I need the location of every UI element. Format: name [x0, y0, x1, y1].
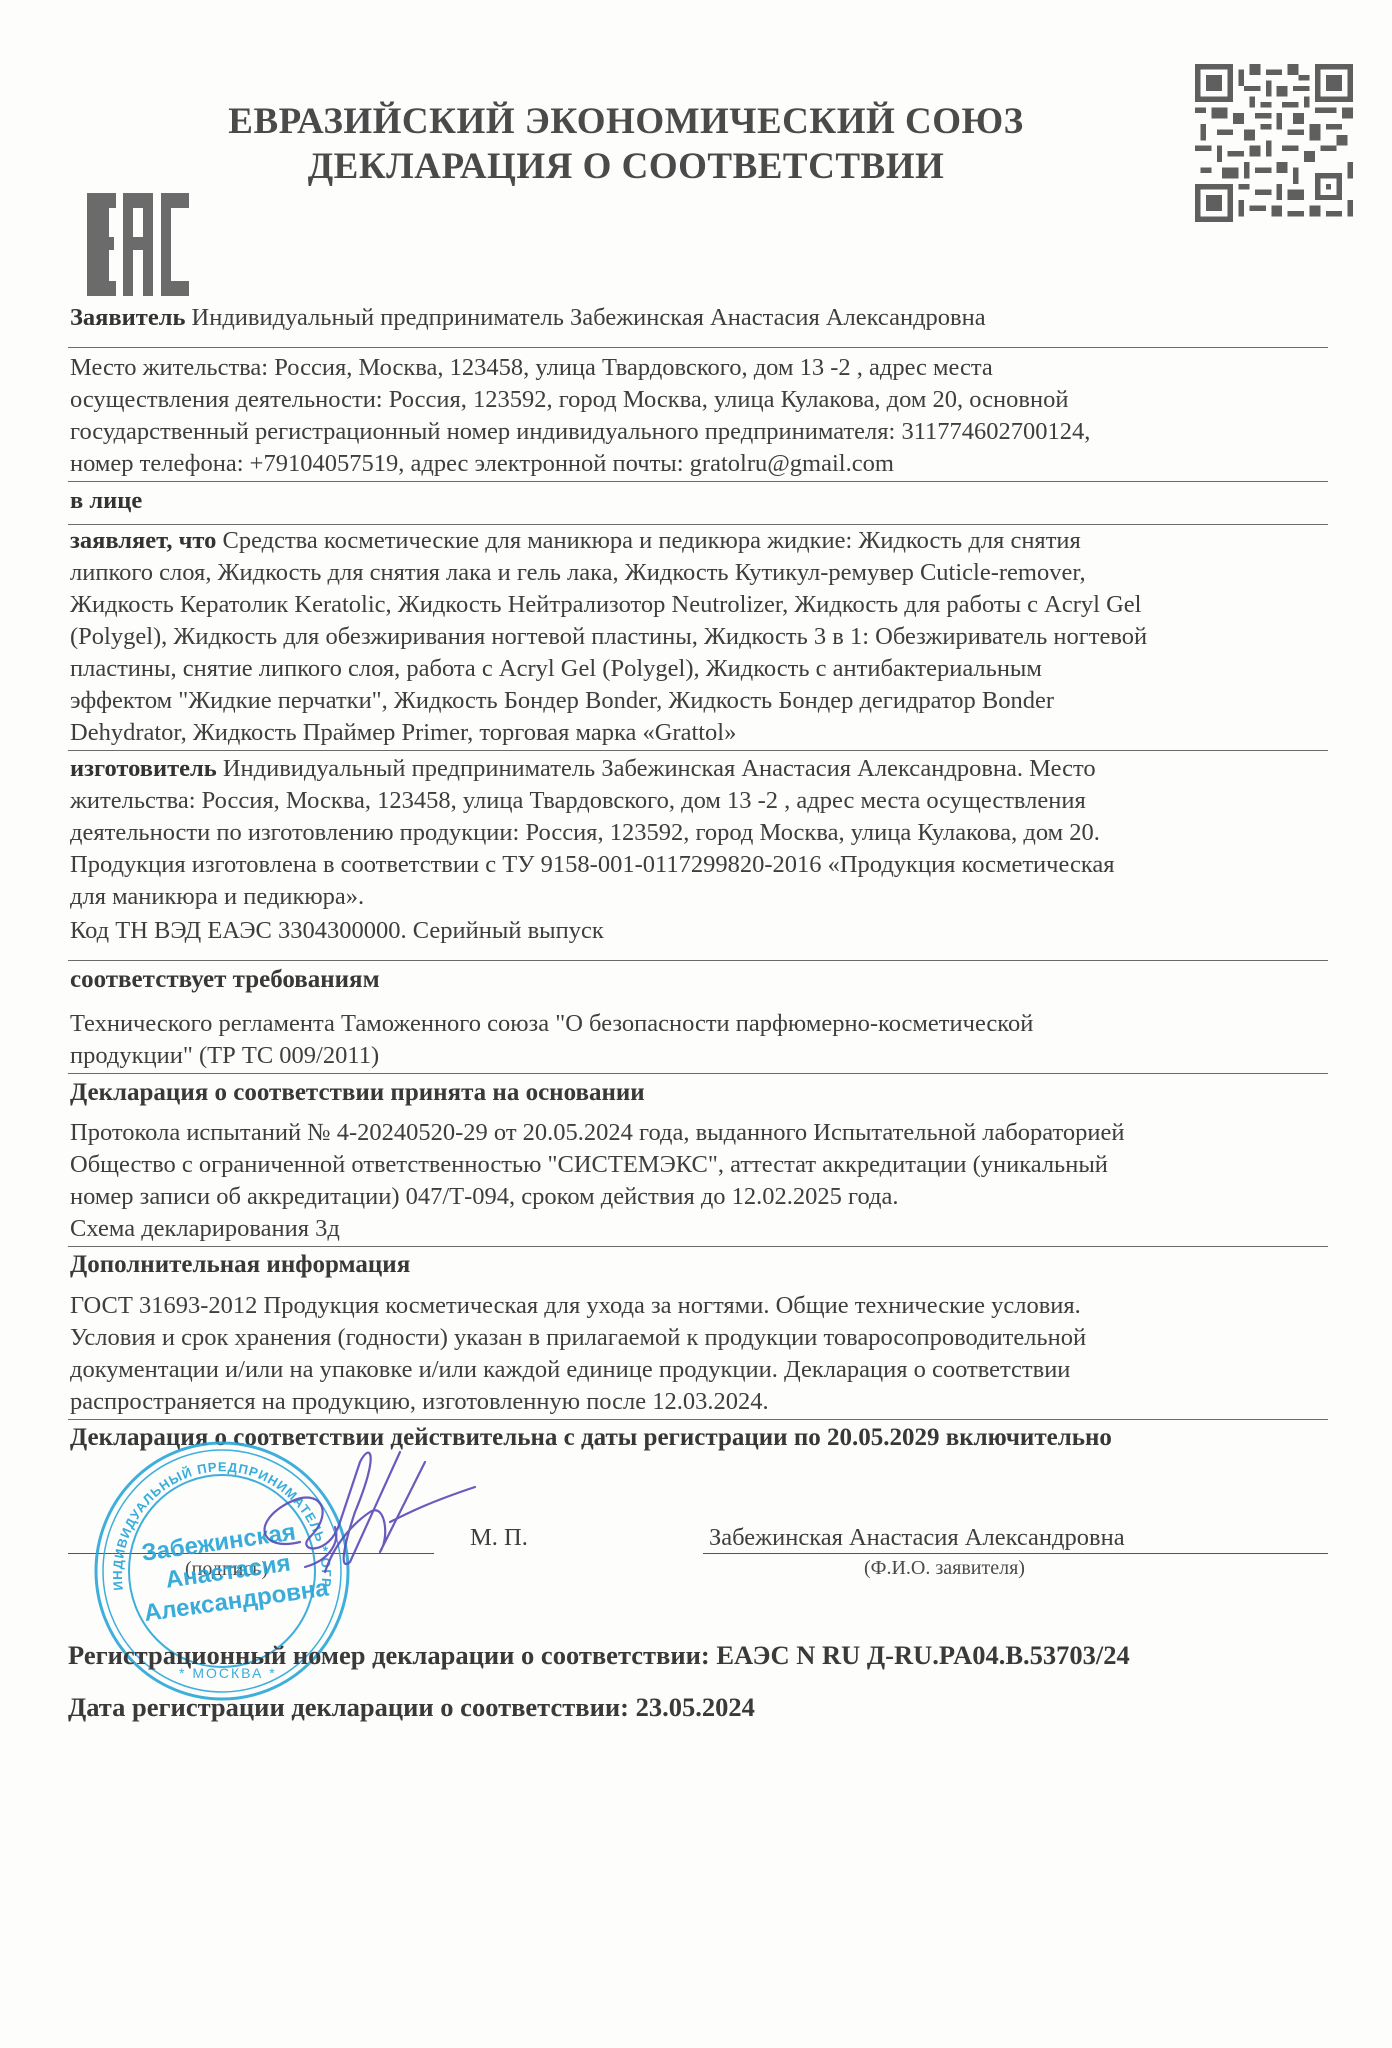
- eac-logo-icon: [87, 193, 189, 296]
- declares-row: заявляет, что Средства косметические для…: [70, 525, 1325, 557]
- divider: [68, 1246, 1328, 1247]
- basis-line: Протокола испытаний № 4-20240520-29 от 2…: [70, 1117, 1325, 1149]
- manufacturer-label: изготовитель: [70, 755, 217, 782]
- declaration-scheme: Схема декларирования 3д: [70, 1213, 1325, 1245]
- applicant-details-line: номер телефона: +79104057519, адрес элек…: [70, 448, 1325, 480]
- registration-number: Регистрационный номер декларации о соотв…: [68, 1640, 1130, 1671]
- declares-line: (Polygel), Жидкость для обезжиривания но…: [70, 621, 1325, 653]
- qr-code-icon[interactable]: [1195, 64, 1353, 222]
- applicant-printed-name: Забежинская Анастасия Александровна: [709, 1522, 1125, 1554]
- declares-label: заявляет, что: [70, 527, 216, 554]
- divider: [68, 481, 1328, 482]
- basis-line: Общество с ограниченной ответственностью…: [70, 1149, 1325, 1181]
- divider: [68, 750, 1328, 751]
- declares-line: Dehydrator, Жидкость Праймер Primer, тор…: [70, 717, 1325, 749]
- hs-code-line: Код ТН ВЭД ЕАЭС 3304300000. Серийный вып…: [70, 915, 1325, 947]
- conforms-line: Технического регламента Таможенного союз…: [70, 1008, 1325, 1040]
- divider: [68, 1419, 1328, 1420]
- declares-line: эффектом "Жидкие перчатки", Жидкость Бон…: [70, 685, 1325, 717]
- additional-line: документации и/или на упаковке и/или каж…: [70, 1354, 1325, 1386]
- basis-line: номер записи об аккредитации) 047/Т-094,…: [70, 1181, 1325, 1213]
- declares-text: Средства косметические для маникюра и пе…: [216, 527, 1080, 554]
- manufacturer-line: жительства: Россия, Москва, 123458, улиц…: [70, 785, 1325, 817]
- additional-label: Дополнительная информация: [70, 1249, 1325, 1281]
- title-union: ЕВРАЗИЙСКИЙ ЭКОНОМИЧЕСКИЙ СОЮЗ: [0, 100, 1392, 143]
- divider: [68, 347, 1328, 348]
- manufacturer-text: Индивидуальный предприниматель Забежинск…: [217, 755, 1096, 782]
- additional-line: ГОСТ 31693-2012 Продукция косметическая …: [70, 1290, 1325, 1322]
- applicant-details-line: Место жительства: Россия, Москва, 123458…: [70, 352, 1325, 384]
- declares-line: пластины, снятие липкого слоя, работа с …: [70, 653, 1325, 685]
- conforms-label: соответствует требованиям: [70, 964, 1325, 996]
- applicant-row: Заявитель Индивидуальный предприниматель…: [70, 302, 1325, 334]
- manufacturer-row: изготовитель Индивидуальный предпринимат…: [70, 753, 1325, 785]
- manufacturer-line: Продукция изготовлена в соответствии с Т…: [70, 849, 1325, 881]
- applicant-name: Индивидуальный предприниматель Забежинск…: [185, 304, 985, 331]
- divider: [68, 1073, 1328, 1074]
- name-caption: (Ф.И.О. заявителя): [864, 1557, 1025, 1580]
- applicant-label: Заявитель: [70, 304, 185, 331]
- title-declaration: ДЕКЛАРАЦИЯ О СООТВЕТСТВИИ: [0, 145, 1392, 188]
- applicant-details-line: государственный регистрационный номер ин…: [70, 416, 1325, 448]
- manufacturer-line: для маникюра и педикюра».: [70, 881, 1325, 913]
- handwritten-signature-icon: [240, 1442, 480, 1592]
- additional-line: Условия и срок хранения (годности) указа…: [70, 1322, 1325, 1354]
- applicant-details-line: осуществления деятельности: Россия, 1235…: [70, 384, 1325, 416]
- represented-by-label: в лице: [70, 485, 1325, 517]
- conforms-line: продукции" (ТР ТС 009/2011): [70, 1040, 1325, 1072]
- declares-line: Жидкость Кератолик Keratolic, Жидкость Н…: [70, 589, 1325, 621]
- divider: [68, 960, 1328, 961]
- additional-line: распространяется на продукцию, изготовле…: [70, 1386, 1325, 1418]
- manufacturer-line: деятельности по изготовлению продукции: …: [70, 817, 1325, 849]
- declares-line: липкого слоя, Жидкость для снятия лака и…: [70, 557, 1325, 589]
- registration-date: Дата регистрации декларации о соответств…: [68, 1692, 755, 1723]
- name-line: [703, 1553, 1328, 1554]
- basis-label: Декларация о соответствии принята на осн…: [70, 1077, 1325, 1109]
